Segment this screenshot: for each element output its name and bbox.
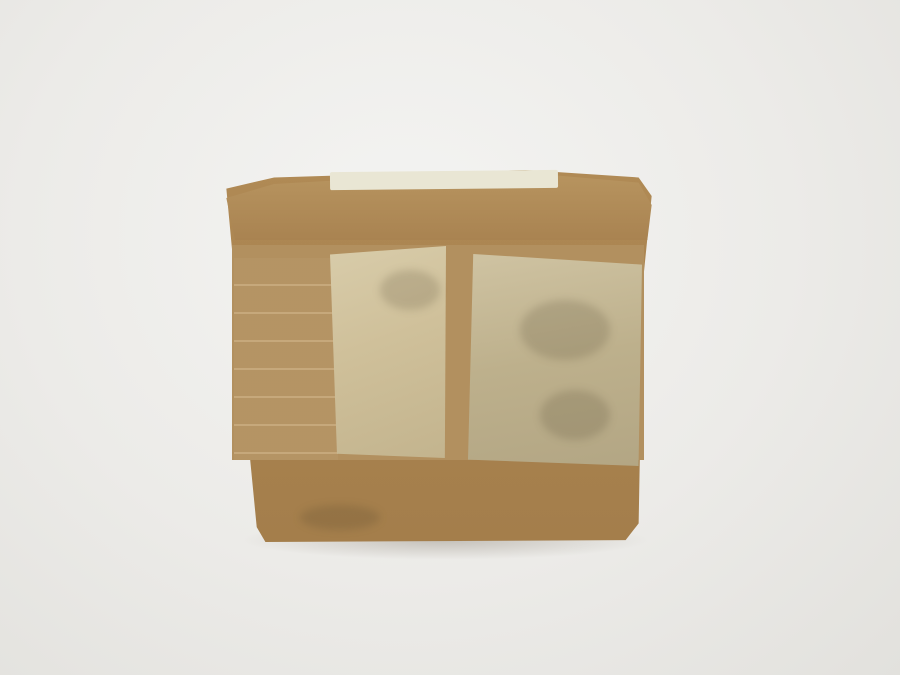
stain [540,390,610,440]
stain [520,300,610,360]
stain [300,505,380,530]
stain [380,270,440,310]
photo-scene [0,0,900,675]
shipping-label [330,170,558,190]
label-text [330,170,558,172]
tape-strip-left [234,258,338,460]
